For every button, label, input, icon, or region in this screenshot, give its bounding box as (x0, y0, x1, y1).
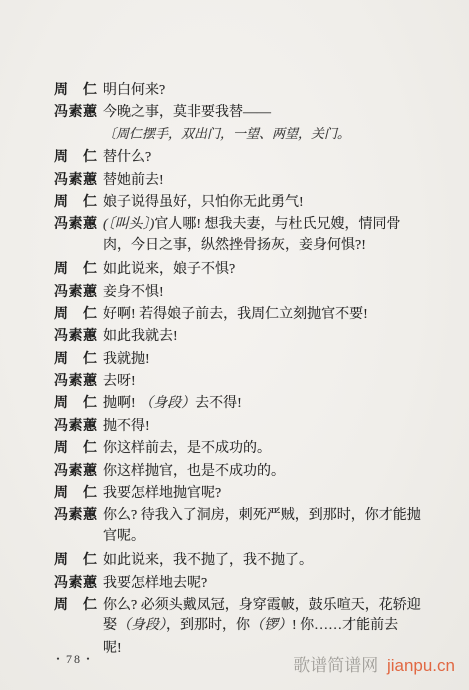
dialogue-line: 冯素蕙你么? 待我入了洞房，刺死严贼，到那时，你才能抛 (54, 503, 427, 525)
dialogue-text: 如此我就去! (103, 326, 427, 348)
dialogue-text-segment: 今晚之事，莫非要我替—— (103, 105, 271, 120)
speaker-name: 冯素蕙 (54, 100, 103, 122)
stage-note-text: （身段） (117, 618, 166, 633)
stage-note-text: （锣） (250, 618, 292, 633)
dialogue-text: 我要怎样地抛官呢? (103, 483, 427, 505)
speaker-name: 周 仁 (54, 145, 103, 167)
dialogue-text: 如此说来，我不抛了，我不抛了。 (103, 550, 427, 572)
dialogue-text: 你么? 待我入了洞房，刺死严贼，到那时，你才能抛 (103, 505, 427, 527)
watermark-site-url: jianpu.cn (387, 656, 455, 675)
dialogue-text-segment: 官人哪! 想我夫妻，与杜氏兄嫂，情同骨 (154, 217, 400, 232)
dialogue-text: 好啊! 若得娘子前去，我周仁立刻抛官不要! (103, 304, 427, 326)
dialogue-continuation-line: 官呢。 (54, 526, 427, 548)
speaker-name: 冯素蕙 (54, 369, 103, 391)
watermark: 歌谱简谱网 jianpu.cn (293, 651, 455, 676)
dialogue-text: 官呢。 (103, 526, 427, 548)
dialogue-text-segment: 你这样前去，是不成功的。 (103, 441, 271, 456)
speaker-name: 冯素蕙 (54, 168, 103, 190)
dialogue-continuation-line: 肉，今日之事，纵然挫骨扬灰，妾身何惧?! (54, 235, 427, 257)
dialogue-text: 替她前去! (103, 170, 427, 192)
dialogue-line: 周 仁替什么? (54, 145, 427, 167)
dialogue-text: 你这样前去，是不成功的。 (103, 438, 427, 460)
stage-note-text: (〔叫头〕) (103, 217, 154, 232)
dialogue-text: 娶（身段），到那时，你（锣）! 你……才能前去 (103, 615, 427, 637)
script-page: 周 仁明白何来?冯素蕙今晚之事，莫非要我替——〔周仁摆手，双出门，一望、两望，关… (0, 0, 469, 690)
dialogue-text-segment: 娶 (103, 618, 117, 633)
speaker-name: 周 仁 (54, 257, 103, 279)
dialogue-line: 冯素蕙如此我就去! (54, 324, 427, 346)
dialogue-text: 替什么? (103, 147, 427, 169)
dialogue-line: 周 仁好啊! 若得娘子前去，我周仁立刻抛官不要! (54, 302, 427, 324)
stage-direction-text: 〔周仁摆手，双出门，一望、两望，关门。 (103, 123, 427, 145)
dialogue-text-segment: ! 你……才能前去 (292, 618, 398, 633)
dialogue-text: 抛啊! （身段）去不得! (103, 393, 427, 415)
speaker-name: 周 仁 (54, 593, 103, 615)
dialogue-text: 娘子说得虽好，只怕你无此勇气! (103, 192, 427, 214)
speaker-name: 冯素蕙 (54, 324, 103, 346)
dialogue-text-segment: 你这样抛官，也是不成功的。 (103, 464, 285, 479)
dialogue-text-segment: 我要怎样地去呢? (103, 576, 207, 591)
speaker-name: 冯素蕙 (54, 212, 103, 234)
dialogue-text: 我要怎样地去呢? (103, 573, 427, 595)
speaker-name: 冯素蕙 (54, 414, 103, 436)
dialogue-line: 冯素蕙(〔叫头〕)官人哪! 想我夫妻，与杜氏兄嫂，情同骨 (54, 212, 427, 234)
speaker-name: 冯素蕙 (54, 571, 103, 593)
dialogue-line: 冯素蕙抛不得! (54, 414, 427, 436)
speaker-name: 周 仁 (54, 302, 103, 324)
dialogue-line: 周 仁娘子说得虽好，只怕你无此勇气! (54, 190, 427, 212)
dialogue-continuation-line: 娶（身段），到那时，你（锣）! 你……才能前去 (54, 615, 427, 637)
stage-direction-line: 〔周仁摆手，双出门，一望、两望，关门。 (54, 123, 427, 145)
speaker-name: 周 仁 (54, 347, 103, 369)
speaker-name: 周 仁 (54, 436, 103, 458)
speaker-name: 周 仁 (54, 78, 103, 100)
stage-note-text: （身段） (139, 396, 195, 411)
dialogue-text-segment: 好啊! 若得娘子前去，我周仁立刻抛官不要! (103, 307, 368, 322)
dialogue-line: 周 仁我就抛! (54, 347, 427, 369)
speaker-name: 冯素蕙 (54, 459, 103, 481)
dialogue-text-segment: 你么? 必须头戴凤冠，身穿霞帔，鼓乐喧天，花轿迎 (103, 598, 421, 613)
dialogue-text-segment: 妾身不惧! (103, 285, 164, 300)
dialogue-text-segment: 抛不得! (103, 419, 150, 434)
dialogue-line: 周 仁抛啊! （身段）去不得! (54, 391, 427, 413)
dialogue-line: 周 仁如此说来，我不抛了，我不抛了。 (54, 548, 427, 570)
dialogue-line: 冯素蕙妾身不惧! (54, 280, 427, 302)
dialogue-text: (〔叫头〕)官人哪! 想我夫妻，与杜氏兄嫂，情同骨 (103, 214, 427, 236)
dialogue-line: 冯素蕙去呀! (54, 369, 427, 391)
dialogue-text-segment: 如此说来，我不抛了，我不抛了。 (103, 553, 313, 568)
dialogue-line: 周 仁你这样前去，是不成功的。 (54, 436, 427, 458)
dialogue-text-segment: 如此说来，娘子不惧? (103, 262, 235, 277)
dialogue-text: 去呀! (103, 371, 427, 393)
dialogue-text: 你这样抛官，也是不成功的。 (103, 461, 427, 483)
script-lines: 周 仁明白何来?冯素蕙今晚之事，莫非要我替——〔周仁摆手，双出门，一望、两望，关… (54, 78, 427, 660)
dialogue-text-segment: 去呀! (103, 374, 136, 389)
dialogue-text-segment: 呢! (103, 641, 122, 656)
dialogue-line: 周 仁明白何来? (54, 78, 427, 100)
speaker-name: 冯素蕙 (54, 503, 103, 525)
dialogue-line: 周 仁如此说来，娘子不惧? (54, 257, 427, 279)
speaker-name: 周 仁 (54, 190, 103, 212)
dialogue-text-segment: 明白何来? (103, 83, 165, 98)
dialogue-text: 今晚之事，莫非要我替—— (103, 102, 427, 124)
dialogue-line: 冯素蕙你这样抛官，也是不成功的。 (54, 459, 427, 481)
watermark-site-name: 歌谱简谱网 (293, 656, 378, 675)
dialogue-text: 抛不得! (103, 416, 427, 438)
dialogue-text-segment: 肉，今日之事，纵然挫骨扬灰，妾身何惧?! (103, 238, 366, 253)
dialogue-text-segment: 抛啊! (103, 396, 139, 411)
dialogue-line: 冯素蕙我要怎样地去呢? (54, 571, 427, 593)
speaker-name: 周 仁 (54, 548, 103, 570)
dialogue-text-segment: 我就抛! (103, 352, 150, 367)
dialogue-text-segment: 你么? 待我入了洞房，刺死严贼，到那时，你才能抛 (103, 508, 421, 523)
speaker-name: 冯素蕙 (54, 280, 103, 302)
dialogue-text-segment: ，到那时，你 (166, 618, 250, 633)
dialogue-text: 我就抛! (103, 349, 427, 371)
dialogue-text-segment: 去不得! (195, 396, 242, 411)
speaker-name: 周 仁 (54, 391, 103, 413)
dialogue-text: 明白何来? (103, 80, 427, 102)
dialogue-line: 冯素蕙替她前去! (54, 168, 427, 190)
page-number: ・78・ (52, 650, 96, 667)
dialogue-line: 冯素蕙今晚之事，莫非要我替—— (54, 100, 427, 122)
dialogue-text-segment: 如此我就去! (103, 329, 178, 344)
dialogue-text: 你么? 必须头戴凤冠，身穿霞帔，鼓乐喧天，花轿迎 (103, 595, 427, 617)
dialogue-text: 妾身不惧! (103, 282, 427, 304)
dialogue-text-segment: 替她前去! (103, 173, 164, 188)
stage-note-text: 〔周仁摆手，双出门，一望、两望，关门。 (103, 126, 350, 141)
dialogue-text-segment: 官呢。 (103, 529, 145, 544)
dialogue-line: 周 仁我要怎样地抛官呢? (54, 481, 427, 503)
dialogue-text: 肉，今日之事，纵然挫骨扬灰，妾身何惧?! (103, 235, 427, 257)
dialogue-text-segment: 替什么? (103, 150, 151, 165)
dialogue-text: 如此说来，娘子不惧? (103, 259, 427, 281)
dialogue-line: 周 仁你么? 必须头戴凤冠，身穿霞帔，鼓乐喧天，花轿迎 (54, 593, 427, 615)
speaker-name: 周 仁 (54, 481, 103, 503)
dialogue-text-segment: 我要怎样地抛官呢? (103, 486, 221, 501)
dialogue-text-segment: 娘子说得虽好，只怕你无此勇气! (103, 195, 304, 210)
